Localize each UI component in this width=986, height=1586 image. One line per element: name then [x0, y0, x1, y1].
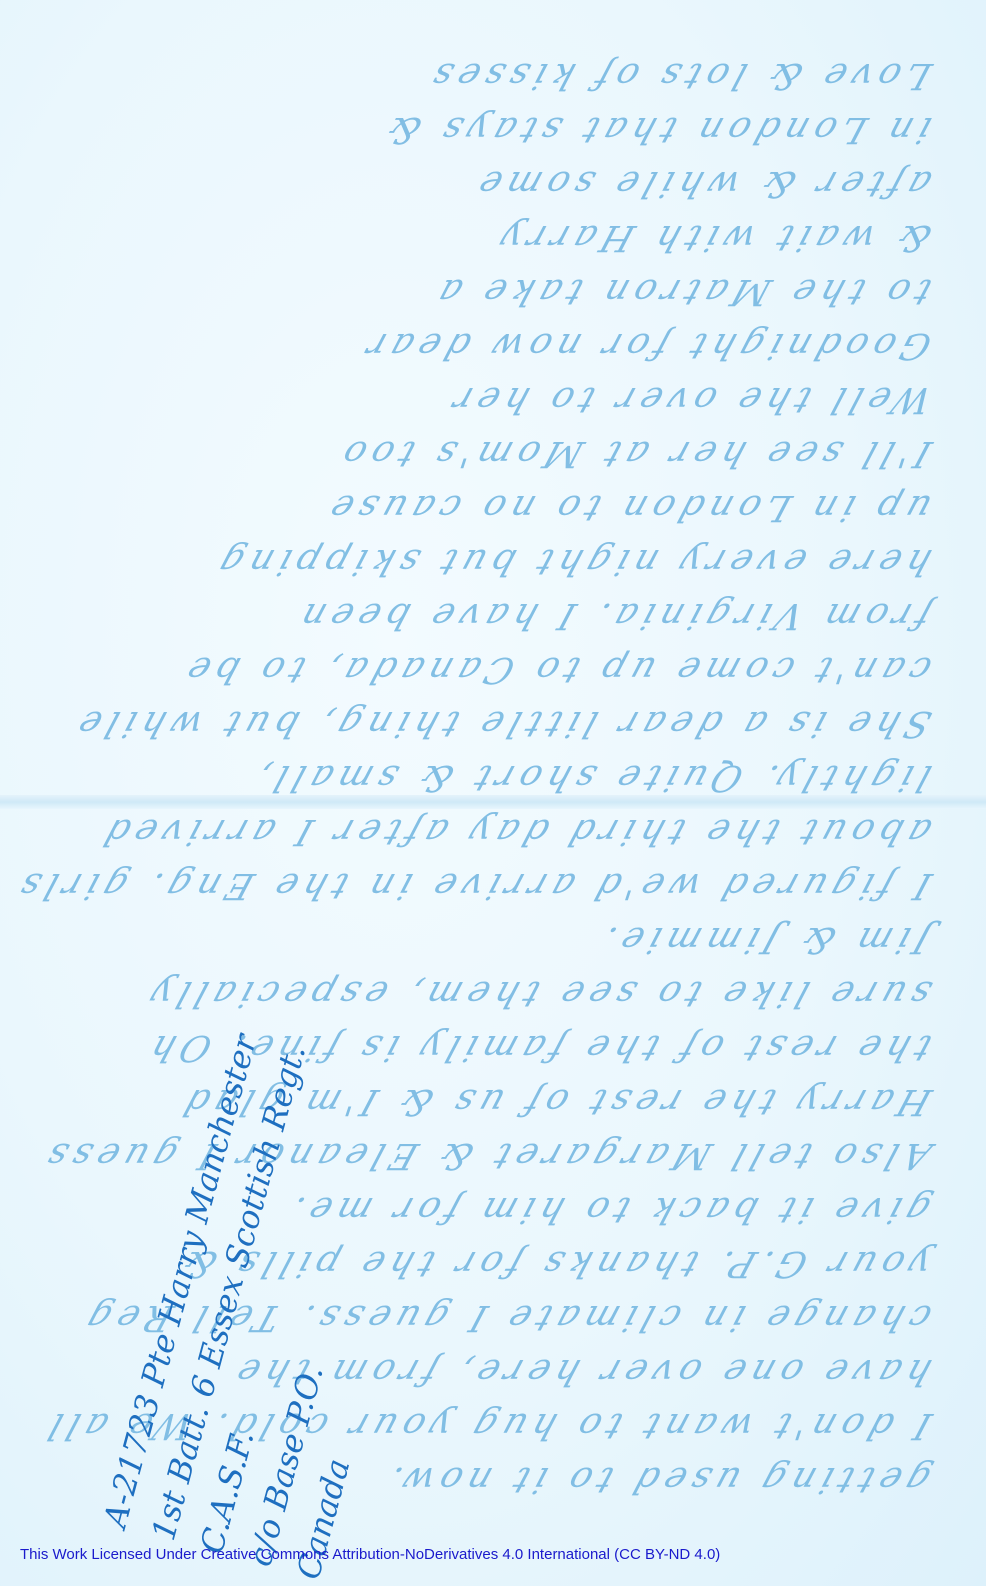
letter-line: can't come up to Canada, to be — [33, 649, 936, 690]
letter-line: Love & lots of kisses — [33, 55, 936, 96]
letter-line: here every night but skipping — [33, 541, 936, 582]
letter-line: Also tell Margaret & Eleanor I guess — [33, 1135, 936, 1176]
letter-line: to the Matron take a — [33, 271, 936, 312]
letter-line: I'll see her at Mom's too — [33, 433, 936, 474]
letter-line: I figured we'd arrive in the Eng. girls — [33, 865, 936, 906]
letter-line: She is a dear little thing, but while — [33, 703, 936, 744]
letter-line: Harry the rest of us & I'm glad — [33, 1081, 936, 1122]
letter-line: Well the over to her — [33, 379, 936, 420]
letter-line: after & while some — [33, 163, 936, 204]
license-notice: This Work Licensed Under Creative Common… — [20, 1546, 720, 1563]
letter-line: lightly. Quite short & small, — [33, 757, 936, 798]
letter-line: in London that stays & — [33, 109, 936, 150]
letter-line: & wait with Harry — [33, 217, 936, 258]
letter-line: from Virginia. I have been — [33, 595, 936, 636]
letter-line: up in London to no cause — [33, 487, 936, 528]
letter-line: Jim & Jimmie. — [33, 919, 936, 960]
letter-line: about the third day after I arrived — [33, 811, 936, 852]
letter-line: Goodnight for now dear — [33, 325, 936, 366]
